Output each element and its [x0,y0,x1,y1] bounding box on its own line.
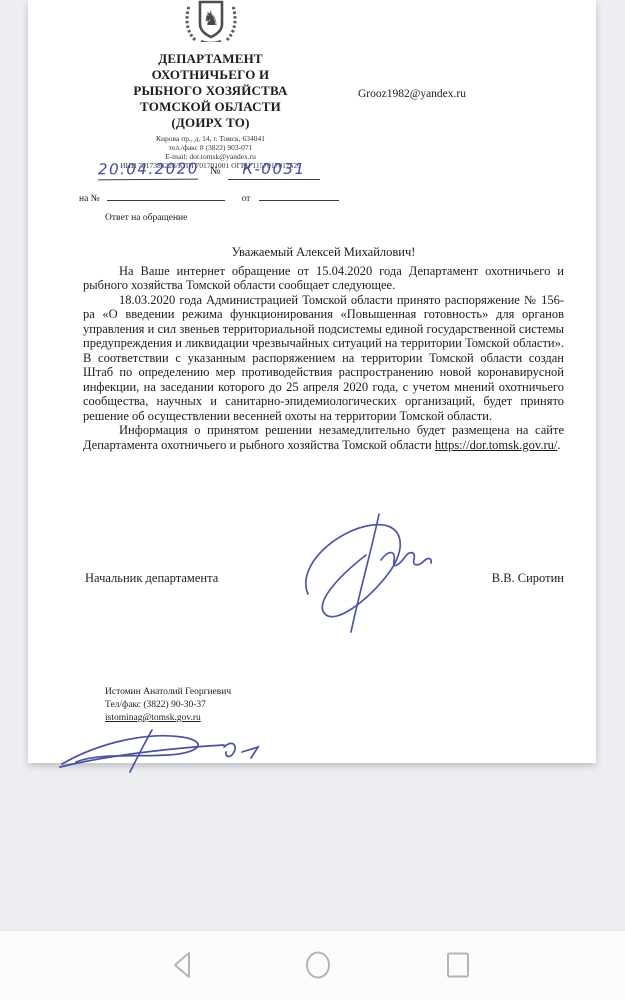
executor-block: Истомин Анатолий Георгиевич Тел/факс (38… [105,686,231,725]
body-paragraph-3-period: . [557,438,560,452]
android-navbar [0,930,625,1000]
outgoing-reference-row: 20.04.2020 № К-0031 [98,160,320,180]
department-site-link: https://dor.tomsk.gov.ru/ [435,438,557,452]
recents-icon[interactable] [443,950,473,980]
executor-phone: Тел/факс (3822) 90-30-37 [105,699,231,712]
org-phone: тел./факс 8 (3822) 903-071 [48,143,373,152]
org-address-street: Кирова пр., д. 14, г. Томск, 634041 [48,134,373,143]
number-sign-label: № [210,165,221,180]
recipient-email: Grooz1982@yandex.ru [358,88,466,100]
svg-text:♞: ♞ [202,8,219,30]
letter-body: Уважаемый Алексей Михайлович! На Ваше ин… [83,245,564,452]
coat-of-arms-icon: ♞ [184,0,238,42]
salutation: Уважаемый Алексей Михайлович! [83,245,564,260]
executor-name: Истомин Анатолий Георгиевич [105,686,231,699]
reply-number-blank-line [107,191,225,201]
scanned-letter-page[interactable]: ♞ ДЕПАРТАМЕНТ ОХОТНИЧЬЕГО И РЫБНОГО ХОЗЯ… [28,0,596,763]
org-name-line: РЫБНОГО ХОЗЯЙСТВА [48,83,373,99]
org-name-line: ОХОТНИЧЬЕГО И [48,67,373,83]
executor-signature-scribble [56,722,271,780]
director-signature-scribble [278,508,443,640]
incoming-reference-row: на № от [79,191,339,204]
back-icon[interactable] [168,950,198,980]
body-paragraph-1: На Ваше интернет обращение от 15.04.2020… [83,264,564,293]
body-paragraph-2: 18.03.2020 года Администрацией Томской о… [83,293,564,424]
document-viewer: ♞ ДЕПАРТАМЕНТ ОХОТНИЧЬЕГО И РЫБНОГО ХОЗЯ… [0,0,625,1000]
reply-date-blank-line [259,191,339,201]
reply-from-label: от [242,194,251,204]
org-name-line: (ДОИРХ ТО) [48,115,373,131]
reply-to-label: на № [79,194,100,204]
org-name: ДЕПАРТАМЕНТ ОХОТНИЧЬЕГО И РЫБНОГО ХОЗЯЙС… [48,51,373,131]
outgoing-number-handwritten: К-0031 [228,160,320,180]
letter-subject: Ответ на обращение [105,213,187,223]
body-paragraph-3: Информация о принятом решении незамедлит… [83,423,564,452]
org-name-line: ДЕПАРТАМЕНТ [48,51,373,67]
letterhead: ♞ ДЕПАРТАМЕНТ ОХОТНИЧЬЕГО И РЫБНОГО ХОЗЯ… [48,0,373,170]
signer-position: Начальник департамента [85,571,218,585]
home-icon[interactable] [303,950,333,980]
org-name-line: ТОМСКОЙ ОБЛАСТИ [48,99,373,115]
signer-name: В.В. Сиротин [492,571,564,586]
outgoing-date-handwritten: 20.04.2020 [98,160,198,181]
